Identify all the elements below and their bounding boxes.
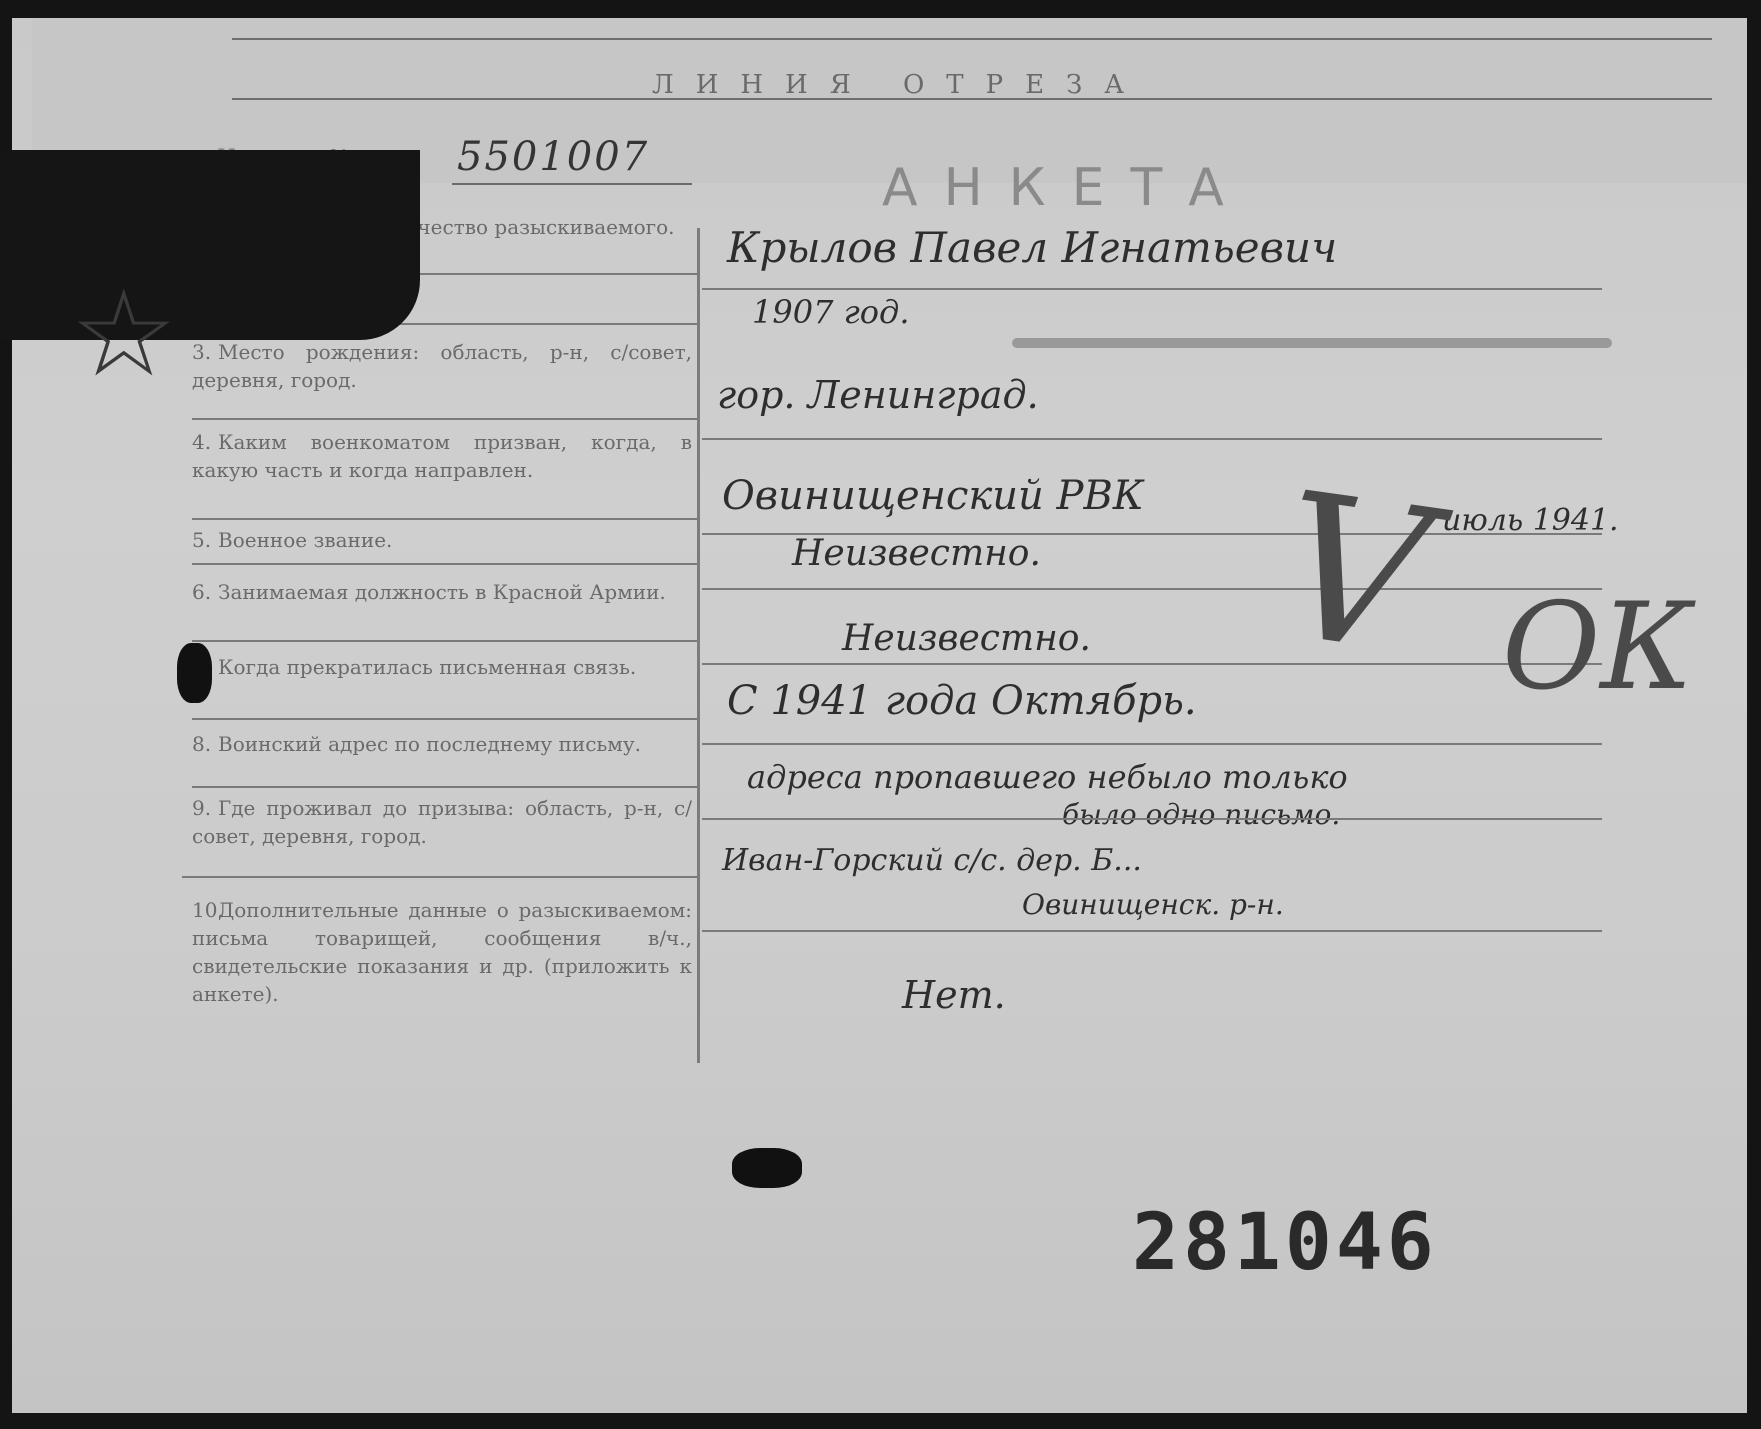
question-9: 9.Где проживал до призыва: область, р-н,… [192, 794, 692, 850]
answer-address-line2: было одно письмо. [1062, 798, 1340, 831]
row-rule [192, 640, 697, 642]
question-4: 4.Каким военкоматом призван, когда, в ка… [192, 428, 692, 484]
question-3: 3.Место рождения: область, р-н, с/совет,… [192, 338, 692, 394]
answer-contact-stopped: С 1941 года Октябрь. [727, 678, 1197, 724]
question-7: 7.Когда прекратилась письменная связь. [192, 653, 692, 681]
answer-residence-line1: Иван-Горский с/с. дер. Б... [722, 843, 1142, 878]
answer-rule [702, 288, 1602, 290]
row-rule [182, 876, 697, 878]
ref-underline [452, 183, 692, 185]
answer-rule [702, 818, 1602, 820]
cut-line-label: ЛИНИЯ ОТРЕЗА [652, 70, 1146, 100]
question-8: 8.Воинский адрес по последнему письму. [192, 730, 692, 758]
stamp-number: 281046 [1132, 1198, 1438, 1288]
ref-number: 5501007 [457, 134, 649, 180]
row-rule [192, 563, 697, 565]
cut-line-top [232, 38, 1712, 40]
answer-rule [702, 743, 1602, 745]
answer-position: Неизвестно. [842, 618, 1091, 659]
page-title: АНКЕТА [882, 158, 1250, 218]
strike-through-mark [1012, 338, 1612, 348]
torn-corner [0, 150, 420, 340]
answer-enlisted-by: Овинищенский РВК [722, 473, 1144, 519]
row-rule [192, 418, 697, 420]
answer-additional: Нет. [902, 973, 1006, 1017]
row-rule [192, 518, 697, 520]
answer-birth-year: 1907 год. [752, 293, 910, 331]
answer-rule [702, 930, 1602, 932]
answer-rule [702, 438, 1602, 440]
answer-address-line1: адреса пропавшего небыло только [747, 758, 1348, 796]
question-6: 6.Занимаемая должность в Красной Армии. [192, 578, 692, 606]
answer-rule [702, 588, 1602, 590]
column-divider [697, 228, 700, 1063]
question-5: 5.Военное звание. [192, 526, 692, 554]
answer-name: Крылов Павел Игнатьевич [727, 223, 1337, 272]
answer-residence-line2: Овинищенск. р-н. [1022, 888, 1284, 921]
paper-hole [177, 643, 212, 703]
resolution-mark: ОК [1502, 578, 1693, 717]
answer-birth-place: гор. Ленинград. [717, 373, 1039, 417]
cut-line-bottom [232, 98, 1712, 100]
row-rule [192, 786, 697, 788]
answer-rule [702, 663, 1602, 665]
answer-rank: Неизвестно. [792, 533, 1041, 574]
row-rule [192, 718, 697, 720]
star-icon: ☆ [70, 275, 178, 395]
paper-tear [732, 1148, 802, 1188]
question-10: 10.Дополнительные данные о разыскиваемом… [192, 896, 692, 1008]
